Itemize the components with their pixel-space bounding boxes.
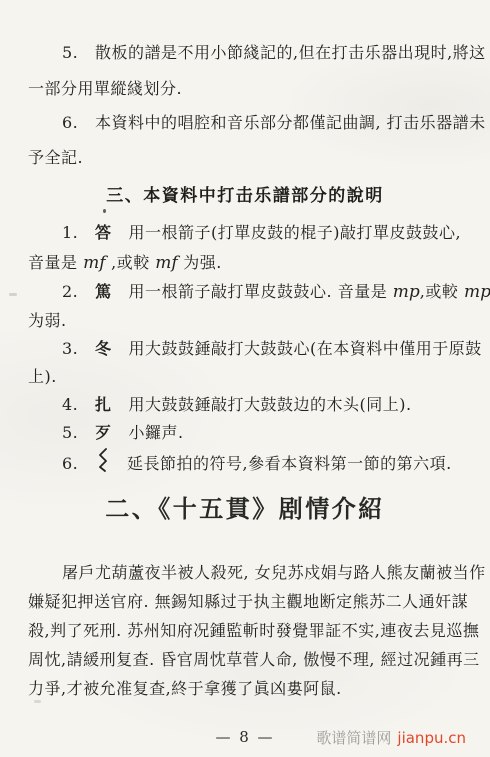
watermark-site-name: 歌谱简谱网 xyxy=(316,729,391,747)
item-number: 3. xyxy=(62,339,80,358)
dynamic-mark-mp: mp xyxy=(393,282,420,302)
legend-text: 用大鼓鼓錘敲打大鼓鼓边的木头(同上). xyxy=(129,395,412,414)
legend-text: ,或較 xyxy=(420,282,464,301)
watermark-site-domain: jianpu.cn xyxy=(397,729,466,747)
legend-text: 用一根箭子(打單皮鼓的棍子)敲打單皮鼓鼓心, xyxy=(129,223,462,242)
legend-text: 用一根箭子敲打單皮鼓鼓心. 音量是 xyxy=(129,282,393,301)
legend-text: 音量是 xyxy=(28,253,83,272)
synopsis-line: 力爭,才被允准复查,終于拿獲了眞凶婁阿鼠. xyxy=(28,676,342,699)
dynamic-mark-mf: mf xyxy=(155,253,177,273)
section-heading-synopsis: 二、《十五貫》剧情介紹 xyxy=(0,489,490,524)
note-item6-line1: 6.本資料中的唱腔和音乐部分都僅記曲調, 打击乐器譜未 xyxy=(62,110,486,133)
drum-syllable: 扎 xyxy=(95,392,112,415)
legend-item-2: 2.篤用一根箭子敲打單皮鼓鼓心. 音量是 mp,或較 mp xyxy=(62,279,490,302)
note-text: 一部分用單縱綫划分. xyxy=(28,79,182,98)
legend-text: 为弱. xyxy=(28,311,67,330)
synopsis-line: 嫌疑犯押送官府. 無錫知縣过于执主觀地断定熊苏二人通奸謀 xyxy=(28,589,468,612)
scanned-book-page: 5.散板的譜是不用小節綫記的,但在打击乐器出現时,將这 一部分用單縱綫划分. 6… xyxy=(0,0,490,757)
site-watermark: 歌谱简谱网jianpu.cn xyxy=(316,727,466,748)
legend-item-2-cont: 为弱. xyxy=(28,308,67,331)
legend-text: 用大鼓鼓錘敲打大鼓鼓心(在本資料中僅用于原鼓 xyxy=(129,339,482,358)
synopsis-line: 殺,判了死刑. 苏州知府况鍾監斬时發覺罪証不实,連夜去見巡撫 xyxy=(28,618,479,641)
dynamic-mark-mf: mf xyxy=(83,253,105,273)
drum-syllable: 冬 xyxy=(95,336,112,359)
dynamic-mark-mp: mp xyxy=(464,282,490,302)
note-text: 本資料中的唱腔和音乐部分都僅記曲調, 打击乐器譜未 xyxy=(95,113,486,132)
legend-text: 小鑼声. xyxy=(129,423,184,442)
ink-smudge xyxy=(9,293,17,296)
legend-item-1-cont: 音量是 mf ,或較 mf 为强. xyxy=(28,250,222,273)
legend-text: 延長節拍的符号,參看本資料第一節的第六項. xyxy=(127,454,452,473)
wavy-prolong-mark-icon xyxy=(97,448,108,476)
item-number: 1. xyxy=(62,223,80,242)
item-number: 2. xyxy=(62,282,80,301)
legend-text: ,或較 xyxy=(106,253,156,272)
legend-text: 上). xyxy=(28,367,57,386)
legend-item-5: 5.歹小鑼声. xyxy=(62,420,184,443)
section-heading-notation: 三、本資料中打击乐譜部分的說明 xyxy=(0,181,490,206)
item-number: 6. xyxy=(62,454,80,473)
ink-speck xyxy=(103,209,106,213)
gong-syllable: 歹 xyxy=(95,420,112,443)
item-number: 4. xyxy=(62,395,80,414)
legend-text: 为强. xyxy=(178,253,222,272)
legend-item-3-cont: 上). xyxy=(28,364,57,387)
legend-item-3: 3.冬用大鼓鼓錘敲打大鼓鼓心(在本資料中僅用于原鼓 xyxy=(62,336,482,359)
note-item5-line1: 5.散板的譜是不用小節綫記的,但在打击乐器出現时,將这 xyxy=(62,40,486,63)
drum-syllable: 篤 xyxy=(95,279,112,302)
ink-smudge xyxy=(34,700,41,703)
note-text: 予全記. xyxy=(28,148,83,167)
legend-item-6: 6.延長節拍的符号,參看本資料第一節的第六項. xyxy=(62,448,452,476)
synopsis-line: 屠戶尤葫蘆夜半被人殺死, 女兒苏戍娟与路人熊友蘭被当作 xyxy=(62,560,486,583)
legend-item-1: 1.答用一根箭子(打單皮鼓的棍子)敲打單皮鼓鼓心, xyxy=(62,220,461,243)
legend-item-4: 4.扎用大鼓鼓錘敲打大鼓鼓边的木头(同上). xyxy=(62,392,412,415)
synopsis-line: 周忱,請緩刑复查. 昏官周忱草菅人命, 傲慢不理, 經过况鍾再三 xyxy=(28,647,480,670)
note-item5-line2: 一部分用單縱綫划分. xyxy=(28,76,182,99)
item-number: 6. xyxy=(62,113,80,132)
note-item6-line2: 予全記. xyxy=(28,145,83,168)
note-text: 散板的譜是不用小節綫記的,但在打击乐器出現时,將这 xyxy=(95,43,486,62)
drum-syllable: 答 xyxy=(95,220,112,243)
item-number: 5. xyxy=(62,43,80,62)
item-number: 5. xyxy=(62,423,80,442)
